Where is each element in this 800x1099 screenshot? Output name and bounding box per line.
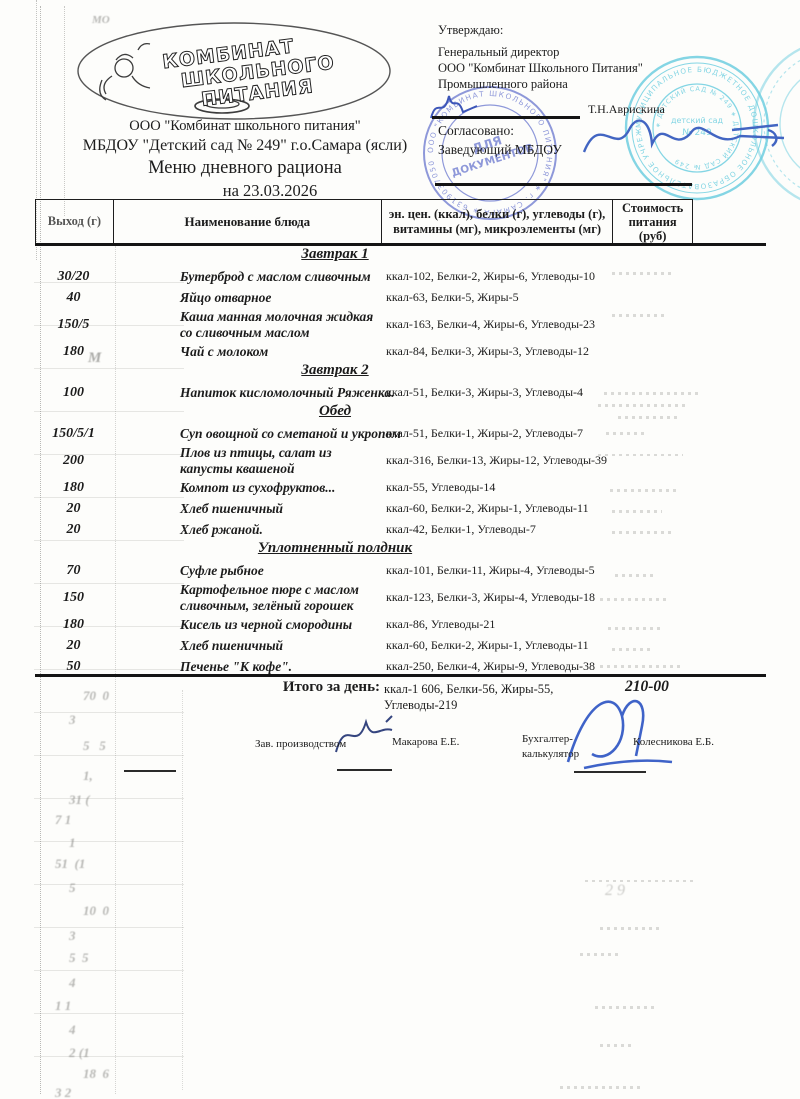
menu-row: 150/5Каша манная молочная жидкая со слив…	[35, 308, 735, 341]
menu-row: 20Хлеб пшеничныйккал-60, Белки-2, Жиры-1…	[35, 498, 735, 519]
dish-name: Плов из птицы, салат из капусты квашеной	[180, 445, 383, 477]
menu-row: 20Хлеб ржаной.ккал-42, Белки-1, Углеводы…	[35, 519, 735, 540]
total-label: Итого за день:	[180, 679, 380, 696]
total-cost: 210-00	[625, 678, 669, 696]
ghost-token: 70 0	[83, 688, 109, 704]
section-heading: Уплотненный полдник	[35, 540, 635, 560]
portion-size: 20	[35, 522, 112, 538]
ghost-smudge	[560, 1086, 642, 1089]
agreed-label: Согласовано:	[438, 123, 514, 139]
ghost-smudge	[600, 927, 660, 930]
nutrition-info: ккал-123, Белки-3, Жиры-4, Углеводы-18	[386, 590, 631, 605]
menu-rows: Завтрак 130/20Бутерброд с маслом сливочн…	[35, 246, 735, 677]
menu-row: 100Напиток кисломолочный Ряженка.ккал-51…	[35, 382, 735, 403]
menu-row: 200Плов из птицы, салат из капусты кваше…	[35, 444, 735, 477]
menu-row: 150/5/1Суп овощной со сметаной и укропом…	[35, 423, 735, 444]
ghost-token: 7 1	[55, 812, 71, 828]
ghost-smudge	[600, 1044, 632, 1047]
ghost-token: 1,	[83, 768, 93, 784]
col-header-dish: Наименование блюда	[113, 200, 381, 243]
ghost-token: 3	[69, 928, 76, 944]
portion-size: 70	[35, 563, 112, 579]
menu-row: 20Хлеб пшеничныйккал-60, Белки-2, Жиры-1…	[35, 635, 735, 656]
portion-size: 50	[35, 659, 112, 675]
total-rule	[35, 674, 766, 677]
portion-size: 20	[35, 638, 112, 654]
nutrition-info: ккал-51, Белки-1, Жиры-2, Углеводы-7	[386, 426, 631, 441]
ghost-token: 3	[69, 712, 76, 728]
portion-size: 100	[35, 385, 112, 401]
ghost-token: 5 5	[69, 950, 89, 966]
nutrition-info: ккал-101, Белки-11, Жиры-4, Углеводы-5	[386, 563, 631, 578]
signature-manager	[326, 708, 406, 760]
dish-name: Бутерброд с маслом сливочным	[180, 269, 383, 285]
ghost-token: 31 (	[69, 792, 90, 808]
ghost-smudge	[580, 953, 622, 956]
portion-size: 30/20	[35, 269, 112, 285]
menu-row: 180Чай с молокомккал-84, Белки-3, Жиры-3…	[35, 341, 735, 362]
ghost-token: 51 (1	[55, 856, 85, 872]
portion-size: 150/5	[35, 317, 112, 333]
approval-block: Утверждаю: Генеральный директор ООО "Ком…	[438, 22, 643, 92]
dish-name: Каша манная молочная жидкая со сливочным…	[180, 309, 383, 341]
ghost-token: 5 5	[83, 738, 106, 754]
dish-name: Суфле рыбное	[180, 563, 383, 579]
approve-label: Утверждаю:	[438, 22, 643, 38]
footer-line	[337, 769, 392, 771]
ghost-token: 1 1	[55, 998, 71, 1014]
portion-size: 40	[35, 290, 112, 306]
section-heading: Завтрак 2	[35, 362, 635, 382]
col-header-cost: Стоимость питания (руб)	[612, 200, 692, 243]
dish-name: Суп овощной со сметаной и укропом	[180, 426, 383, 442]
col-header-nutrition: эн. цен. (ккал), белки (г), углеводы (г)…	[381, 200, 612, 243]
ghost-token: 1	[69, 835, 76, 851]
portion-size: 200	[35, 453, 112, 469]
section-heading: Обед	[35, 403, 635, 423]
nutrition-info: ккал-250, Белки-4, Жиры-9, Углеводы-38	[386, 659, 631, 674]
menu-row: 40Яйцо отварноеккал-63, Белки-5, Жиры-5	[35, 287, 735, 308]
accountant-name: Колесникова Е.Б.	[633, 736, 714, 748]
ghost-smudge	[595, 1006, 657, 1009]
ghost-token: 4	[69, 975, 76, 991]
portion-size: 180	[35, 480, 112, 496]
ghost-token: 10 0	[83, 903, 109, 919]
col-header-output: Выход (г)	[36, 200, 113, 243]
signature-line	[432, 116, 580, 119]
nutrition-info: ккал-316, Белки-13, Жиры-12, Углеводы-39	[386, 453, 631, 468]
director-line: Генеральный директор	[438, 44, 643, 60]
nutrition-info: ккал-60, Белки-2, Жиры-1, Углеводы-11	[386, 501, 631, 516]
signature-director	[425, 86, 515, 126]
ghost-line	[64, 6, 65, 216]
ghost-token: 2 9	[605, 882, 625, 900]
nutrition-info: ккал-51, Белки-3, Жиры-3, Углеводы-4	[386, 385, 631, 400]
dish-name: Печенье "К кофе".	[180, 659, 383, 675]
agreed-role: Заведующий МБДОУ	[438, 142, 562, 158]
table-header: Выход (г) Наименование блюда эн. цен. (к…	[35, 199, 693, 244]
dish-name: Хлеб пшеничный	[180, 638, 383, 654]
dish-name: Чай с молоком	[180, 344, 383, 360]
nutrition-info: ккал-55, Углеводы-14	[386, 480, 631, 495]
nutrition-info: ккал-42, Белки-1, Углеводы-7	[386, 522, 631, 537]
footer-line	[574, 771, 646, 773]
accountant-label-1: Бухгалтер-	[522, 733, 573, 745]
menu-row: 180Компот из сухофруктов...ккал-55, Угле…	[35, 477, 735, 498]
footer-line	[124, 770, 176, 772]
dish-name: Картофельное пюре с маслом сливочным, зе…	[180, 582, 383, 614]
section-heading: Завтрак 1	[35, 246, 635, 266]
dish-name: Компот из сухофруктов...	[180, 480, 383, 496]
nutrition-info: ккал-163, Белки-4, Жиры-6, Углеводы-23	[386, 317, 631, 332]
menu-row: 30/20Бутерброд с маслом сливочнымккал-10…	[35, 266, 735, 287]
portion-size: 150/5/1	[35, 426, 112, 442]
org-line-2: МБДОУ "Детский сад № 249" г.о.Самара (яс…	[45, 137, 445, 155]
doc-date: на 23.03.2026	[150, 181, 390, 201]
dish-name: Яйцо отварное	[180, 290, 383, 306]
doc-title: Меню дневного рациона	[60, 158, 430, 179]
portion-size: 180	[35, 344, 112, 360]
total-nutrition: ккал-1 606, Белки-56, Жиры-55, Углеводы-…	[384, 681, 604, 713]
menu-row: 70Суфле рыбноеккал-101, Белки-11, Жиры-4…	[35, 560, 735, 581]
menu-row: 150Картофельное пюре с маслом сливочным,…	[35, 581, 735, 614]
nutrition-info: ккал-102, Белки-2, Жиры-6, Углеводы-10	[386, 269, 631, 284]
dish-name: Хлеб ржаной.	[180, 522, 383, 538]
director-line: ООО "Комбинат Школьного Питания"	[438, 60, 643, 76]
director-name: Т.Н.Аврискина	[588, 102, 665, 117]
director-line: Промышленного района	[438, 76, 643, 92]
dish-name: Напиток кисломолочный Ряженка.	[180, 385, 383, 401]
ghost-token: 3 2	[55, 1085, 71, 1099]
ghost-token: 2 (1	[69, 1045, 90, 1061]
dish-name: Хлеб пшеничный	[180, 501, 383, 517]
ghost-token: 18 6	[83, 1066, 109, 1082]
ghost-token: 4	[69, 1022, 76, 1038]
portion-size: 20	[35, 501, 112, 517]
production-manager-label: Зав. производством	[255, 738, 346, 750]
signature-line	[435, 183, 692, 186]
portion-size: 150	[35, 590, 112, 606]
ghost-token: 5	[69, 880, 76, 896]
accountant-label-2: калькулятор	[522, 748, 579, 760]
ghost-smudge	[585, 880, 697, 882]
nutrition-info: ккал-63, Белки-5, Жиры-5	[386, 290, 631, 305]
nutrition-info: ккал-86, Углеводы-21	[386, 617, 631, 632]
nutrition-info: ккал-60, Белки-2, Жиры-1, Углеводы-11	[386, 638, 631, 653]
portion-size: 180	[35, 617, 112, 633]
dish-name: Кисель из черной смородины	[180, 617, 383, 633]
menu-row: 180Кисель из черной смородиныккал-86, Уг…	[35, 614, 735, 635]
company-logo: КОМБИНАТ ШКОЛЬНОГО ПИТАНИЯ	[72, 20, 392, 122]
nutrition-info: ккал-84, Белки-3, Жиры-3, Углеводы-12	[386, 344, 631, 359]
org-line-1: ООО "Комбинат школьного питания"	[60, 118, 430, 135]
ghost-line	[182, 690, 183, 1090]
production-manager-name: Макарова Е.Е.	[392, 736, 459, 748]
document-page: МО М 70 035 51,31 (7 1151 (1510 035 541 …	[0, 0, 800, 1099]
